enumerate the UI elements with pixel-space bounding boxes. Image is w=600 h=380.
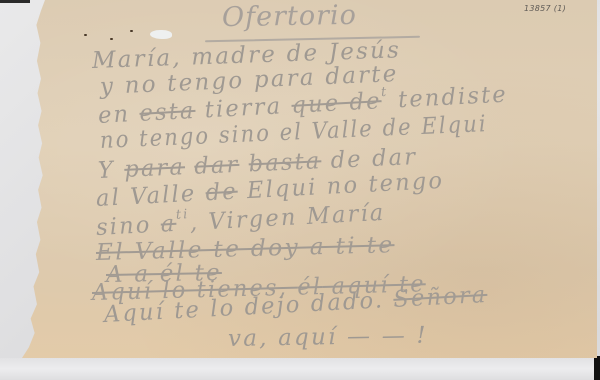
page-title: Ofertorio xyxy=(222,0,357,33)
paper-damage-hole xyxy=(150,30,172,39)
line-text: en xyxy=(97,101,140,129)
struck-text: para xyxy=(124,154,186,183)
struck-text: de xyxy=(205,179,238,207)
struck-text: Señora xyxy=(393,282,488,313)
paper-speck xyxy=(110,38,113,40)
struck-text: a xyxy=(160,211,177,238)
line-text: va, aquí — — ! xyxy=(228,323,428,352)
archive-number: 13857 (1) xyxy=(524,4,566,13)
scanner-background xyxy=(0,358,600,380)
line-text: sino xyxy=(95,212,161,241)
inserted-text: ti xyxy=(176,207,190,223)
struck-text: que de xyxy=(291,88,382,119)
scan-edge-mark xyxy=(594,356,600,380)
scan-edge-mark xyxy=(0,0,30,3)
handwritten-line: va, aquí — — ! xyxy=(228,323,428,352)
struck-text: dar xyxy=(194,152,240,180)
paper-speck xyxy=(130,30,133,32)
paper-speck xyxy=(84,34,87,36)
struck-text: basta xyxy=(248,148,322,177)
line-text: Y xyxy=(97,157,124,184)
struck-text: esta xyxy=(139,98,196,127)
